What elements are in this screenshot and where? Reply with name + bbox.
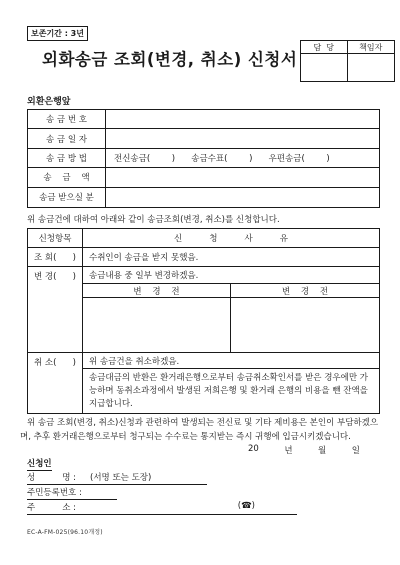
- date-line: 20 년 월 일: [248, 444, 360, 456]
- approval-cell-staff: [301, 54, 348, 81]
- field-value-remittance-amount[interactable]: [106, 168, 379, 187]
- field-label-remittance-date: 송 금 일 자: [28, 129, 106, 148]
- field-label-remittance-number: 송 금 번 호: [28, 110, 106, 129]
- cancel-reason-text: 위 송금건을 취소하겠음.: [83, 353, 379, 369]
- fee-agreement-paragraph: 위 송금 조회(변경, 취소)신청과 관련하여 발생되는 전신료 및 기타 제비…: [20, 416, 386, 445]
- applicant-id-line[interactable]: 주민등록번호 :: [27, 486, 117, 500]
- request-reason-header: 신 청 사 유: [83, 229, 379, 248]
- phone-icon: (☎): [238, 501, 255, 511]
- address-field-label: 주 소 :: [27, 501, 76, 513]
- approval-box: 담 당 책임자: [300, 40, 395, 82]
- name-field-label: 성 명 :: [27, 471, 76, 483]
- applicant-name-line[interactable]: 성 명 : (서명 또는 도장): [27, 471, 207, 485]
- approval-header-staff: 담 당: [301, 41, 348, 54]
- inquiry-checkbox-label[interactable]: 조 회( ): [28, 248, 83, 267]
- field-value-remittance-method[interactable]: 전신송금( ) 송금수표( ) 우편송금( ): [106, 149, 379, 168]
- application-statement: 위 송금건에 대하여 아래와 같이 송금조회(변경, 취소)를 신청합니다.: [27, 213, 280, 225]
- change-before-cell[interactable]: [83, 298, 231, 353]
- cancel-checkbox-label[interactable]: 취 소( ): [28, 353, 83, 413]
- field-label-remittance-method: 송 금 방 법: [28, 149, 106, 168]
- application-form: 보존기간 : 3년 외화송금 조회(변경, 취소) 신청서 담 당 책임자 외환…: [0, 0, 400, 565]
- change-checkbox-label[interactable]: 변 경( ): [28, 267, 83, 353]
- change-reason-text: 송금내용 중 일부 변경하겠음.: [83, 267, 379, 284]
- field-value-remittance-number[interactable]: [106, 110, 379, 129]
- cancel-refund-note: 송금대금의 반환은 환거래은행으로부터 송금취소확인서를 받은 경우에만 가능하…: [83, 369, 379, 413]
- field-value-beneficiary[interactable]: [106, 188, 379, 207]
- field-value-remittance-date[interactable]: [106, 129, 379, 148]
- field-label-remittance-amount: 송 금 액: [28, 168, 106, 187]
- form-code: EC-A-FM-025(96.10개정): [27, 527, 103, 536]
- date-year-prefix[interactable]: 20: [248, 444, 259, 456]
- field-label-beneficiary: 송금 받으실 분: [28, 188, 106, 207]
- date-year-label: 년: [284, 444, 292, 456]
- date-day-label: 일: [352, 444, 360, 456]
- retention-period-badge: 보존기간 : 3년: [27, 26, 88, 41]
- resident-id-field-label: 주민등록번호 :: [27, 486, 82, 498]
- request-detail-table: 신청항목 신 청 사 유 조 회( ) 수취인이 송금을 받지 못했음. 변 경…: [27, 228, 380, 414]
- page-title: 외화송금 조회(변경, 취소) 신청서: [42, 46, 297, 70]
- recipient-bank-label: 외환은행앞: [27, 94, 70, 107]
- change-after-header: 변 경 전: [231, 284, 379, 298]
- date-month-label: 월: [318, 444, 326, 456]
- inquiry-reason-text: 수취인이 송금을 받지 못했음.: [83, 248, 379, 267]
- remittance-info-table: 송 금 번 호 송 금 일 자 송 금 방 법 전신송금( ) 송금수표( ) …: [27, 109, 380, 208]
- approval-header-manager: 책임자: [348, 41, 395, 54]
- change-before-header: 변 경 전: [83, 284, 231, 298]
- approval-cell-manager: [348, 54, 395, 81]
- signature-or-seal-note: (서명 또는 도장): [90, 471, 151, 483]
- change-after-cell[interactable]: [231, 298, 379, 353]
- applicant-section-label: 신청인: [27, 457, 52, 471]
- applicant-address-line[interactable]: 주 소 : (☎): [27, 501, 297, 515]
- request-item-header: 신청항목: [28, 229, 83, 248]
